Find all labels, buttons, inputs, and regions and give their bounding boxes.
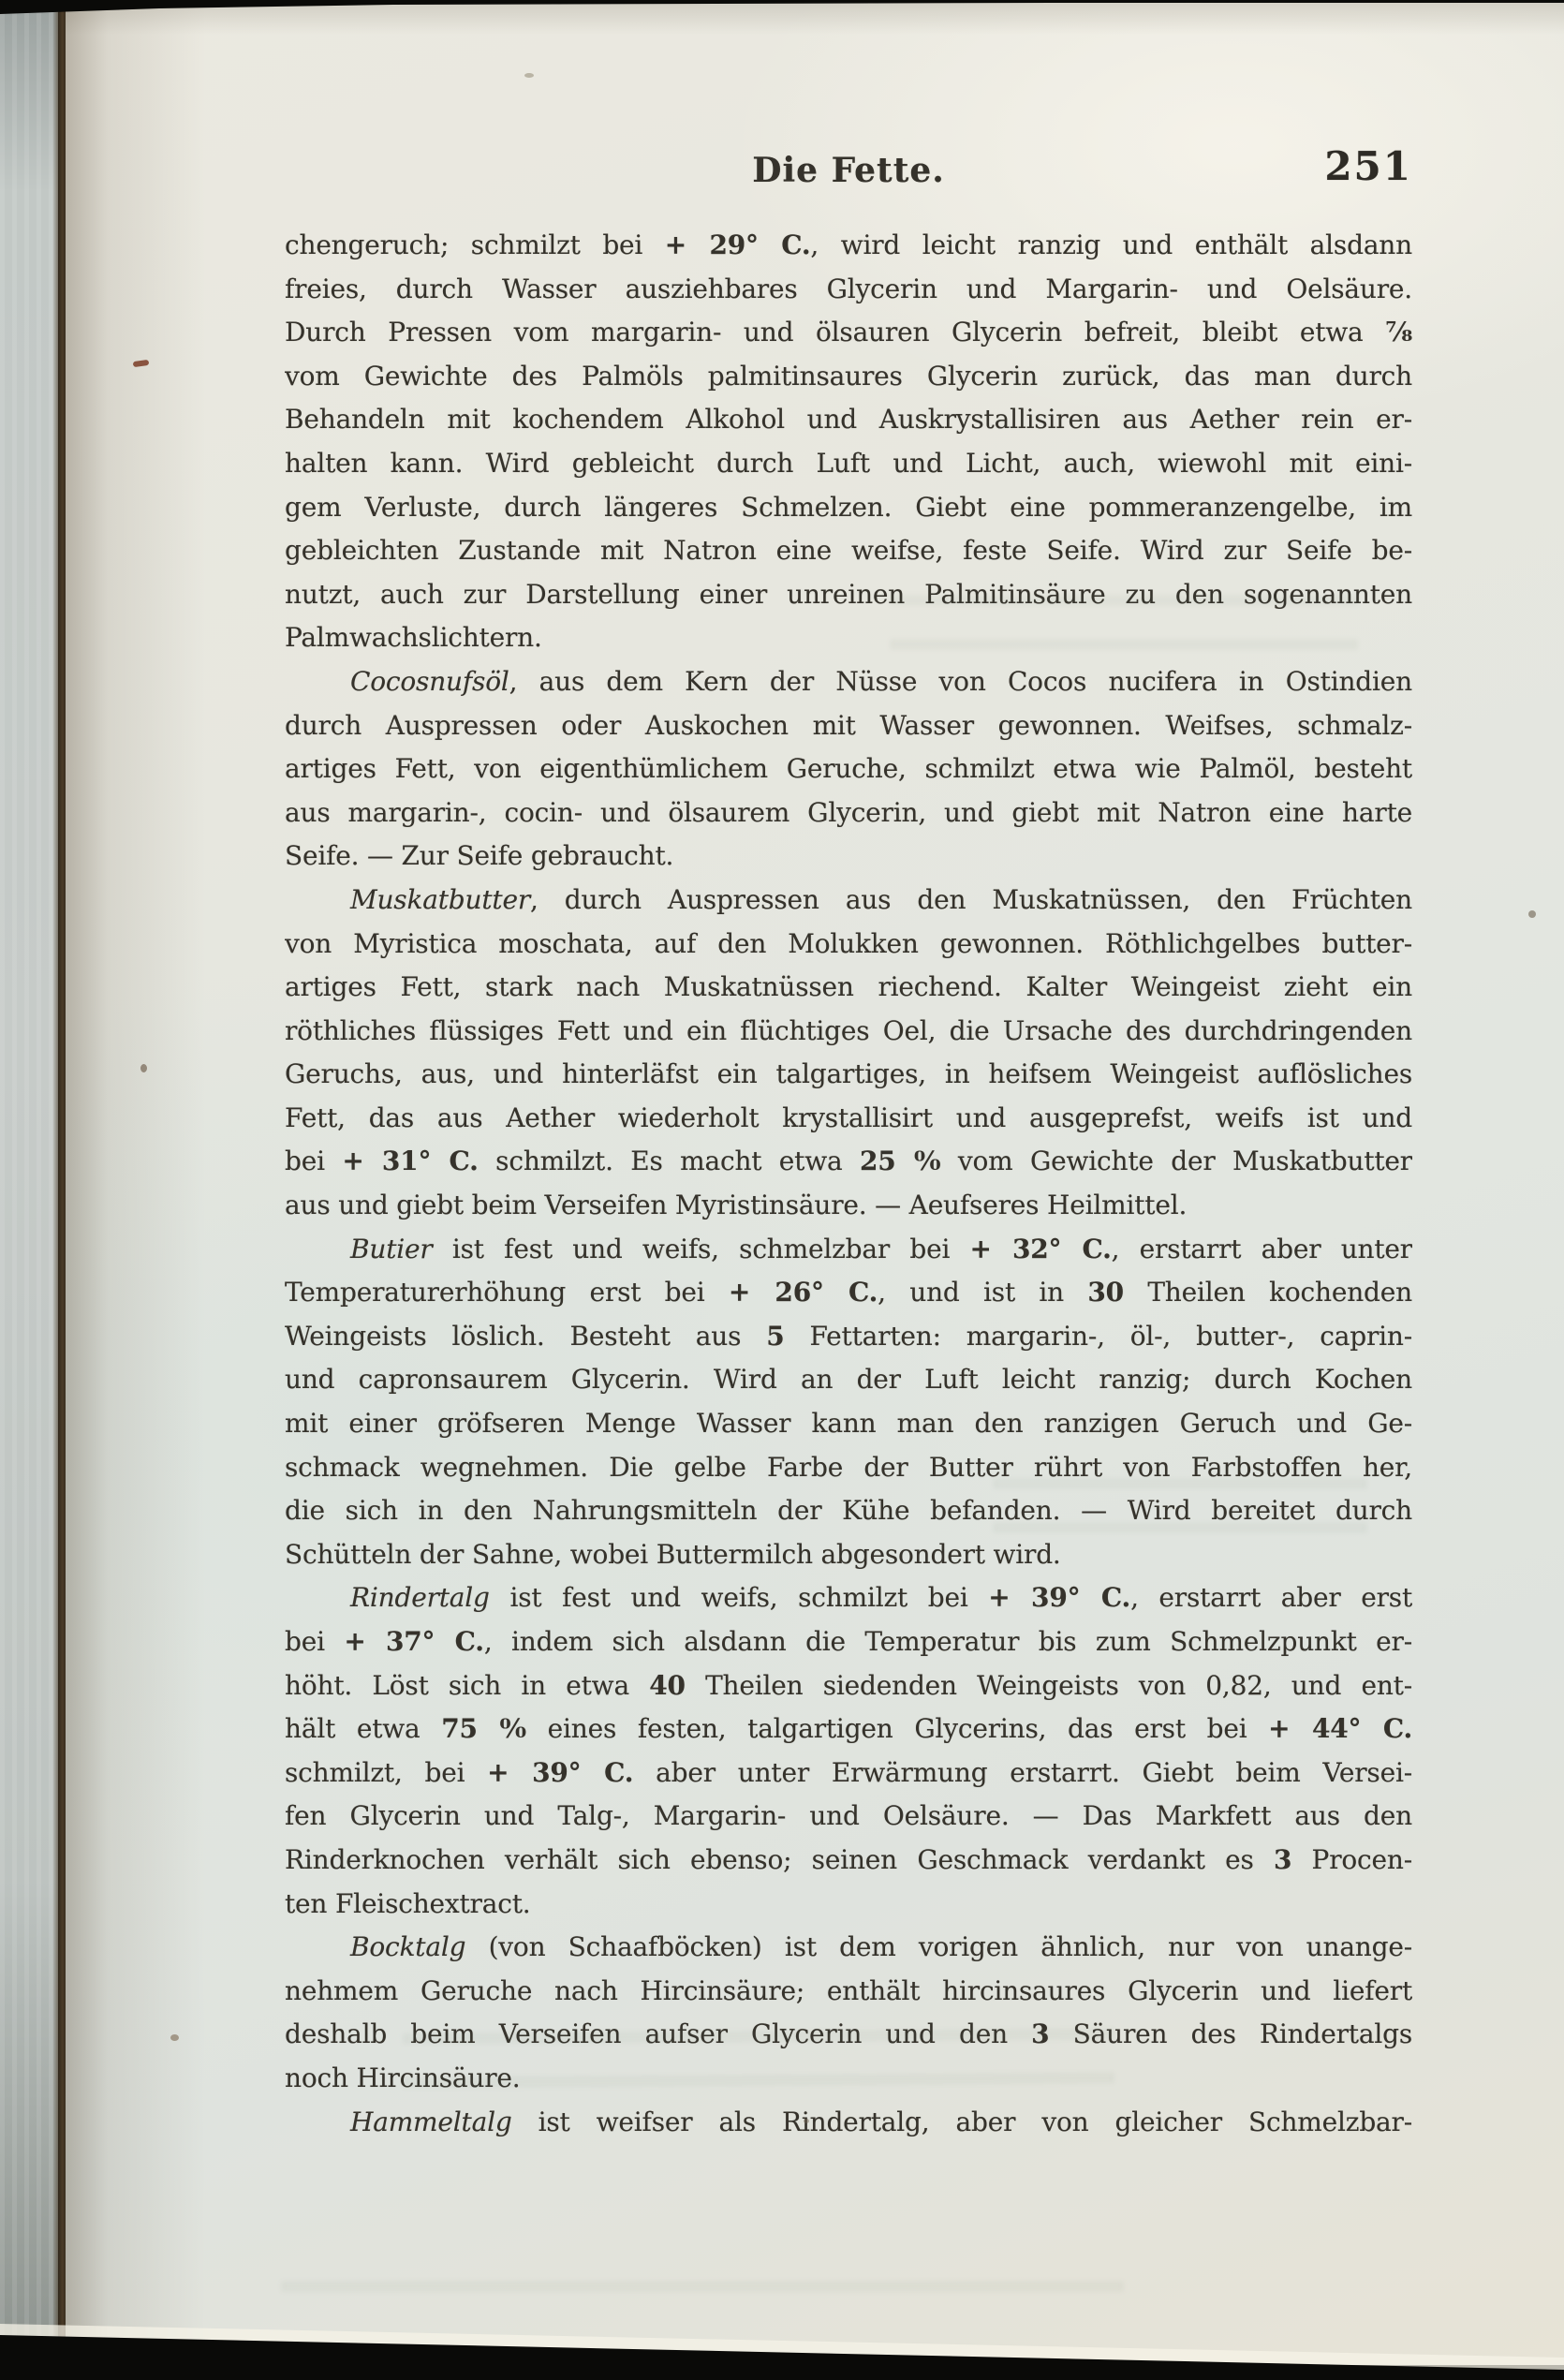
text-segment: hält etwa [285,1713,441,1744]
paragraph-hammeltalg: Hammeltalg ist weifser als Rindertalg, a… [285,2101,1412,2145]
text-line: chengeruch; schmilzt bei + 29° C., wird … [285,224,1412,268]
text-line: nehmem Geruche nach Hircinsäure; enthält… [285,1970,1412,2014]
text-segment: ten Fleischextract. [285,1888,530,1919]
text-segment: schmilzt, bei [285,1757,487,1788]
text-segment: schmilzt. Es macht etwa [479,1146,860,1176]
text-segment: + 31° C. [342,1146,478,1176]
text-line: freies, durch Wasser ausziehbares Glycer… [285,268,1412,312]
text-segment: vom Gewichte der Muskatbutter [940,1146,1412,1176]
paragraph-butter: Butier ist fest und weifs, schmelzbar be… [285,1228,1412,1577]
text-segment: deshalb beim Verseifen aufser Glycerin u… [285,2018,1031,2049]
text-segment: , erstarrt aber erst [1130,1582,1412,1613]
text-segment: höht. Löst sich in etwa [285,1670,649,1701]
book-page-scan: Die Fette. 251 chengeruch; schmilzt bei … [0,0,1564,2380]
text-segment: noch Hircinsäure. [285,2062,521,2093]
text-segment: eines festen, talgartigen Glycerins, das… [526,1713,1268,1744]
paragraph-muskatbutter: Muskatbutter, durch Auspressen aus den M… [285,879,1412,1228]
text-segment: Fettarten: margarin-, öl-, butter-, capr… [785,1321,1412,1352]
text-segment: + 44° C. [1268,1713,1412,1744]
text-segment: Theilen siedenden Weingeists von 0,82, u… [686,1670,1412,1701]
text-line: Geruchs, aus, und hinterläfst ein talgar… [285,1053,1412,1097]
text-segment: ⅞ [1385,317,1412,347]
text-segment: , erstarrt aber unter [1112,1234,1412,1264]
text-line: Seife. — Zur Seife gebraucht. [285,835,1412,879]
text-line: Weingeists löslich. Besteht aus 5 Fettar… [285,1315,1412,1359]
text-segment: schmack wegnehmen. Die gelbe Farbe der B… [285,1452,1412,1483]
book-page: Die Fette. 251 chengeruch; schmilzt bei … [66,3,1564,2365]
text-line: Bocktalg (von Schaafböcken) ist dem vori… [285,1926,1412,1970]
text-segment: nutzt, auch zur Darstellung einer unrein… [285,579,1412,610]
text-line: gebleichten Zustande mit Natron eine wei… [285,529,1412,573]
paragraph-bocktalg: Bocktalg (von Schaafböcken) ist dem vori… [285,1926,1412,2100]
running-title: Die Fette. [285,151,1412,190]
text-line: Durch Pressen vom margarin- und ölsauren… [285,311,1412,355]
text-segment: durch Auspressen oder Auskochen mit Wass… [285,710,1412,741]
text-line: Rinderknochen verhält sich ebenso; seine… [285,1839,1412,1883]
text-segment: , aus dem Kern der Nüsse von Cocos nucif… [509,666,1412,697]
text-segment: chengeruch; schmilzt bei [285,229,665,260]
text-line: schmilzt, bei + 39° C. aber unter Erwärm… [285,1752,1412,1796]
text-line: die sich in den Nahrungsmitteln der Kühe… [285,1489,1412,1533]
fat-name: Rindertalg [350,1582,490,1613]
text-segment: 75 ⁰⁄₀ [441,1713,526,1744]
text-segment: von Myristica moschata, auf den Molukken… [285,928,1412,959]
fat-name: Muskatbutter [350,884,530,915]
text-segment: (von Schaafböcken) ist dem vorigen ähnli… [465,1931,1412,1962]
text-segment: freies, durch Wasser ausziehbares Glycer… [285,273,1412,304]
text-line: nutzt, auch zur Darstellung einer unrein… [285,573,1412,617]
text-segment: nehmem Geruche nach Hircinsäure; enthält… [285,1975,1412,2006]
text-segment: fen Glycerin und Talg-, Margarin- und Oe… [285,1800,1412,1831]
text-line: bei + 31° C. schmilzt. Es macht etwa 25 … [285,1140,1412,1184]
text-segment: bei [285,1626,344,1657]
text-segment: + 39° C. [988,1582,1130,1613]
text-line: Rindertalg ist fest und weifs, schmilzt … [285,1576,1412,1620]
text-segment: Durch Pressen vom margarin- und ölsauren… [285,317,1385,347]
text-segment: 25 ⁰⁄₀ [860,1146,940,1176]
text-segment: Theilen kochenden [1124,1277,1412,1308]
text-segment: gebleichten Zustande mit Natron eine wei… [285,535,1412,566]
paragraph-rindertalg: Rindertalg ist fest und weifs, schmilzt … [285,1576,1412,1926]
text-segment: Behandeln mit kochendem Alkohol und Ausk… [285,404,1412,435]
text-segment: Weingeists löslich. Besteht aus [285,1321,766,1352]
text-segment: , indem sich alsdann die Temperatur bis … [484,1626,1412,1657]
text-segment: 30 [1087,1277,1124,1308]
text-segment: Procen- [1291,1844,1412,1875]
text-segment: ist weifser als Rindertalg, aber von gle… [512,2107,1412,2137]
text-line: aus margarin-, cocin- und ölsaurem Glyce… [285,791,1412,835]
text-segment: röthliches flüssiges Fett und ein flücht… [285,1015,1412,1046]
text-line: gem Verluste, durch längeres Schmelzen. … [285,486,1412,530]
text-line: Schütteln der Sahne, wobei Buttermilch a… [285,1533,1412,1577]
text-segment: 5 [766,1321,784,1352]
text-segment: aus margarin-, cocin- und ölsaurem Glyce… [285,797,1412,828]
text-line: Cocosnufsöl, aus dem Kern der Nüsse von … [285,660,1412,704]
text-line: halten kann. Wird gebleicht durch Luft u… [285,442,1412,486]
text-line: schmack wegnehmen. Die gelbe Farbe der B… [285,1446,1412,1490]
fat-name: Hammeltalg [350,2107,512,2137]
text-segment: Rinderknochen verhält sich ebenso; seine… [285,1844,1274,1875]
page-header: Die Fette. 251 [285,141,1412,198]
text-line: höht. Löst sich in etwa 40 Theilen siede… [285,1664,1412,1708]
text-segment: 3 [1031,2018,1049,2049]
paragraph-palmoel-continuation: chengeruch; schmilzt bei + 29° C., wird … [285,224,1412,660]
text-line: Palmwachslichtern. [285,616,1412,660]
text-segment: und capronsaurem Glycerin. Wird an der L… [285,1364,1412,1395]
text-segment: + 29° C. [665,229,811,260]
text-segment: 40 [649,1670,686,1701]
text-line: artiges Fett, stark nach Muskatnüssen ri… [285,966,1412,1010]
text-line: mit einer gröfseren Menge Wasser kann ma… [285,1402,1412,1446]
text-segment: halten kann. Wird gebleicht durch Luft u… [285,448,1412,479]
text-segment: Palmwachslichtern. [285,622,542,653]
text-segment: Schütteln der Sahne, wobei Buttermilch a… [285,1539,1061,1570]
text-line: röthliches flüssiges Fett und ein flücht… [285,1010,1412,1054]
fat-name: Butier [350,1234,433,1264]
fat-name: Bocktalg [350,1931,465,1962]
body-text: chengeruch; schmilzt bei + 29° C., wird … [285,224,1412,2144]
text-segment: + 32° C. [970,1234,1112,1264]
text-segment: aus und giebt beim Verseifen Myristinsäu… [285,1190,1187,1220]
text-segment: artiges Fett, stark nach Muskatnüssen ri… [285,971,1412,1002]
text-line: und capronsaurem Glycerin. Wird an der L… [285,1358,1412,1402]
text-line: Muskatbutter, durch Auspressen aus den M… [285,879,1412,923]
text-segment: Geruchs, aus, und hinterläfst ein talgar… [285,1058,1412,1089]
text-line: hält etwa 75 ⁰⁄₀ eines festen, talgartig… [285,1707,1412,1752]
text-segment: , und ist in [878,1277,1087,1308]
text-segment: mit einer gröfseren Menge Wasser kann ma… [285,1408,1412,1439]
fat-name: Cocosnufsöl [350,666,509,697]
text-line: Behandeln mit kochendem Alkohol und Ausk… [285,398,1412,442]
text-line: durch Auspressen oder Auskochen mit Wass… [285,704,1412,748]
text-segment: Seife. — Zur Seife gebraucht. [285,840,673,871]
text-line: von Myristica moschata, auf den Molukken… [285,923,1412,967]
text-segment: Fett, das aus Aether wiederholt krystall… [285,1102,1412,1133]
text-line: Temperaturerhöhung erst bei + 26° C., un… [285,1271,1412,1315]
text-segment: + 39° C. [487,1757,633,1788]
text-line: Butier ist fest und weifs, schmelzbar be… [285,1228,1412,1272]
text-line: noch Hircinsäure. [285,2057,1412,2101]
text-line: bei + 37° C., indem sich alsdann die Tem… [285,1620,1412,1664]
gutter-page-edge [0,4,58,2351]
text-segment: die sich in den Nahrungsmitteln der Kühe… [285,1495,1412,1526]
text-segment: Temperaturerhöhung erst bei [285,1277,729,1308]
paragraph-cocosnussoel: Cocosnufsöl, aus dem Kern der Nüsse von … [285,660,1412,879]
text-segment: 3 [1274,1844,1291,1875]
text-segment: aber unter Erwärmung erstarrt. Giebt bei… [633,1757,1412,1788]
text-line: fen Glycerin und Talg-, Margarin- und Oe… [285,1795,1412,1839]
text-line: artiges Fett, von eigenthümlichem Geruch… [285,747,1412,791]
text-segment: Säuren des Rindertalgs [1049,2018,1412,2049]
text-segment: , wird leicht ranzig und enthält alsdann [810,229,1412,260]
text-line: Hammeltalg ist weifser als Rindertalg, a… [285,2101,1412,2145]
text-segment: ist fest und weifs, schmelzbar bei [433,1234,970,1264]
text-segment: , durch Auspressen aus den Muskatnüssen,… [530,884,1412,915]
text-segment: gem Verluste, durch längeres Schmelzen. … [285,492,1412,523]
page-number: 251 [1324,143,1412,189]
text-segment: vom Gewichte des Palmöls palmitinsaures … [285,361,1412,392]
text-segment: + 37° C. [344,1626,483,1657]
text-line: ten Fleischextract. [285,1883,1412,1927]
text-segment: + 26° C. [729,1277,878,1308]
text-segment: bei [285,1146,342,1176]
text-line: aus und giebt beim Verseifen Myristinsäu… [285,1184,1412,1228]
text-line: deshalb beim Verseifen aufser Glycerin u… [285,2013,1412,2057]
text-line: vom Gewichte des Palmöls palmitinsaures … [285,355,1412,399]
text-segment: artiges Fett, von eigenthümlichem Geruch… [285,753,1412,784]
text-segment: ist fest und weifs, schmilzt bei [490,1582,988,1613]
text-line: Fett, das aus Aether wiederholt krystall… [285,1097,1412,1141]
